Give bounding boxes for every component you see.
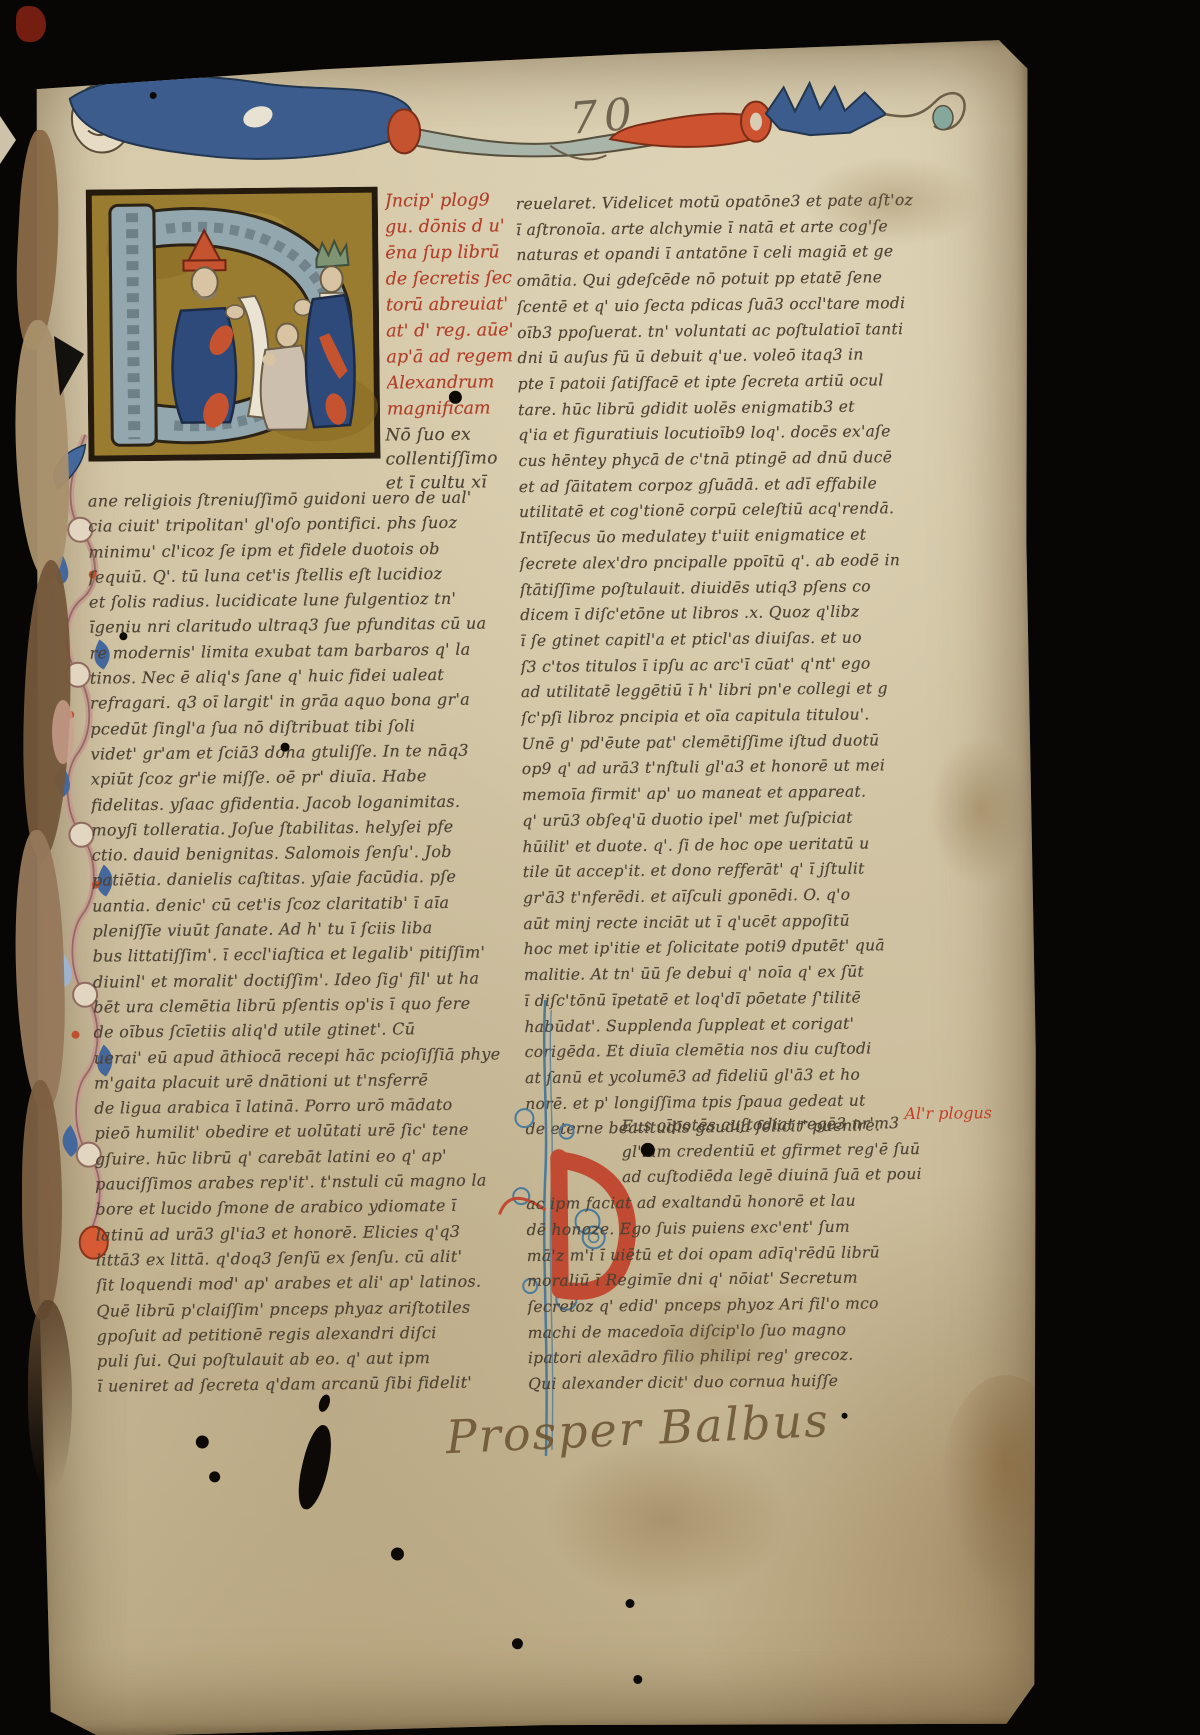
- manuscript-text-line: cia ciuit' tripolitan' gl'oſo pontifici.…: [88, 510, 506, 540]
- manuscript-photo: 70: [0, 0, 1200, 1735]
- manuscript-text-line: collentiſſimo: [385, 446, 515, 471]
- manuscript-text-line: refragari. q3 oī largit' in grāa aquo bo…: [90, 687, 508, 717]
- parchment-page: 70: [21, 35, 1047, 1735]
- manuscript-text-line: bēt ura clemētia librū pſentis op'is ī q…: [93, 990, 511, 1020]
- manuscript-text-line: videt' gr'am et ſciā3 dona gtuliſſe. In …: [90, 737, 508, 767]
- manuscript-text-line: torū abreuiat': [386, 291, 512, 318]
- ink-blot: [196, 1435, 209, 1448]
- ink-blot: [280, 743, 289, 752]
- deus-paragraph: Eus oīpotēs cuſtodiat regē3 nr'm3gl'iam …: [525, 1110, 974, 1397]
- banner-flourish-drawing: [49, 51, 980, 191]
- manuscript-text-line: ſcentē et q' uio ſecta pdicas ſuā3 occl'…: [517, 290, 963, 320]
- manuscript-text-line: ad cuſtodiēda legē diuinā ſuā et poui: [526, 1162, 972, 1192]
- ink-blot: [449, 391, 462, 404]
- ink-blot: [119, 632, 127, 640]
- folio-number: 70: [568, 89, 640, 145]
- manuscript-text-line: pieō humilit' obedire et uolūtati urē ſi…: [94, 1117, 512, 1147]
- stain: [546, 1437, 788, 1600]
- ink-blot: [209, 1471, 220, 1482]
- manuscript-text-line: uerai' eū apud āthiocā recepi hāc pcioſi…: [94, 1041, 512, 1071]
- marginal-rubric-note: Al'r plogus: [904, 1103, 992, 1123]
- left-text-column: ane religiois ſtreniuſſimō guidoni uero …: [88, 484, 516, 1399]
- manuscript-text-line: uantia. denic' cū cet'is ſcoz claritatib…: [92, 889, 510, 919]
- ink-blot: [842, 1413, 848, 1419]
- manuscript-text-line: de ſecretis ſec: [386, 265, 512, 292]
- manuscript-text-line: oīb3 ppoſuerat. tn' voluntati ac poſtula…: [517, 316, 963, 346]
- manuscript-text-line: ap'ā ad regem: [386, 343, 512, 370]
- stain: [940, 1374, 1072, 1595]
- ink-blot: [512, 1638, 523, 1649]
- manuscript-text-line: ī ueniret ad ſecreta q'dam arcanū ſibi f…: [97, 1370, 515, 1400]
- miniature-initial-d: [86, 187, 381, 462]
- ink-blot: [292, 1422, 337, 1512]
- manuscript-text-line: ſecrete alex'dro pncipalle ppoītū q'. ab…: [520, 547, 966, 577]
- manuscript-text-line: bus littatiſſim'. ī eccl'iaſtica et lega…: [93, 940, 511, 970]
- manuscript-text-line: gu. dōnis d u': [385, 213, 511, 240]
- ink-blot: [625, 1599, 634, 1608]
- manuscript-text-line: reuelaret. Videlicet motū opatōne3 et pa…: [516, 187, 962, 217]
- manuscript-text-line: Qui alexander dicit' duo cornua huiſſe: [528, 1367, 974, 1397]
- ink-blot: [150, 92, 157, 99]
- rubric-incipit: Jncip' plog9gu. dōnis d u'ēna ſup librūd…: [385, 187, 513, 422]
- manuscript-text-line: re modernis' limita exubat tam barbaros …: [89, 636, 507, 666]
- manuscript-text-line: ēna ſup librū: [385, 239, 511, 266]
- manuscript-text-line: Jncip' plog9: [385, 187, 511, 214]
- manuscript-text-line: bore et lucido ſmone de arabico ydiomate…: [95, 1193, 513, 1223]
- ink-blot: [641, 1143, 655, 1157]
- manuscript-text-line: Nō ſuo ex: [385, 422, 515, 447]
- manuscript-text-line: Quē librū p'claiſſim' pnceps phyaz ariſt…: [96, 1294, 514, 1324]
- ink-blot: [633, 1675, 642, 1684]
- ink-blot: [391, 1547, 404, 1560]
- manuscript-text-line: at' d' reg. aūe': [386, 317, 512, 344]
- manuscript-text-line: ſit loquendi mod' ap' arabes et ali' ap'…: [96, 1268, 514, 1298]
